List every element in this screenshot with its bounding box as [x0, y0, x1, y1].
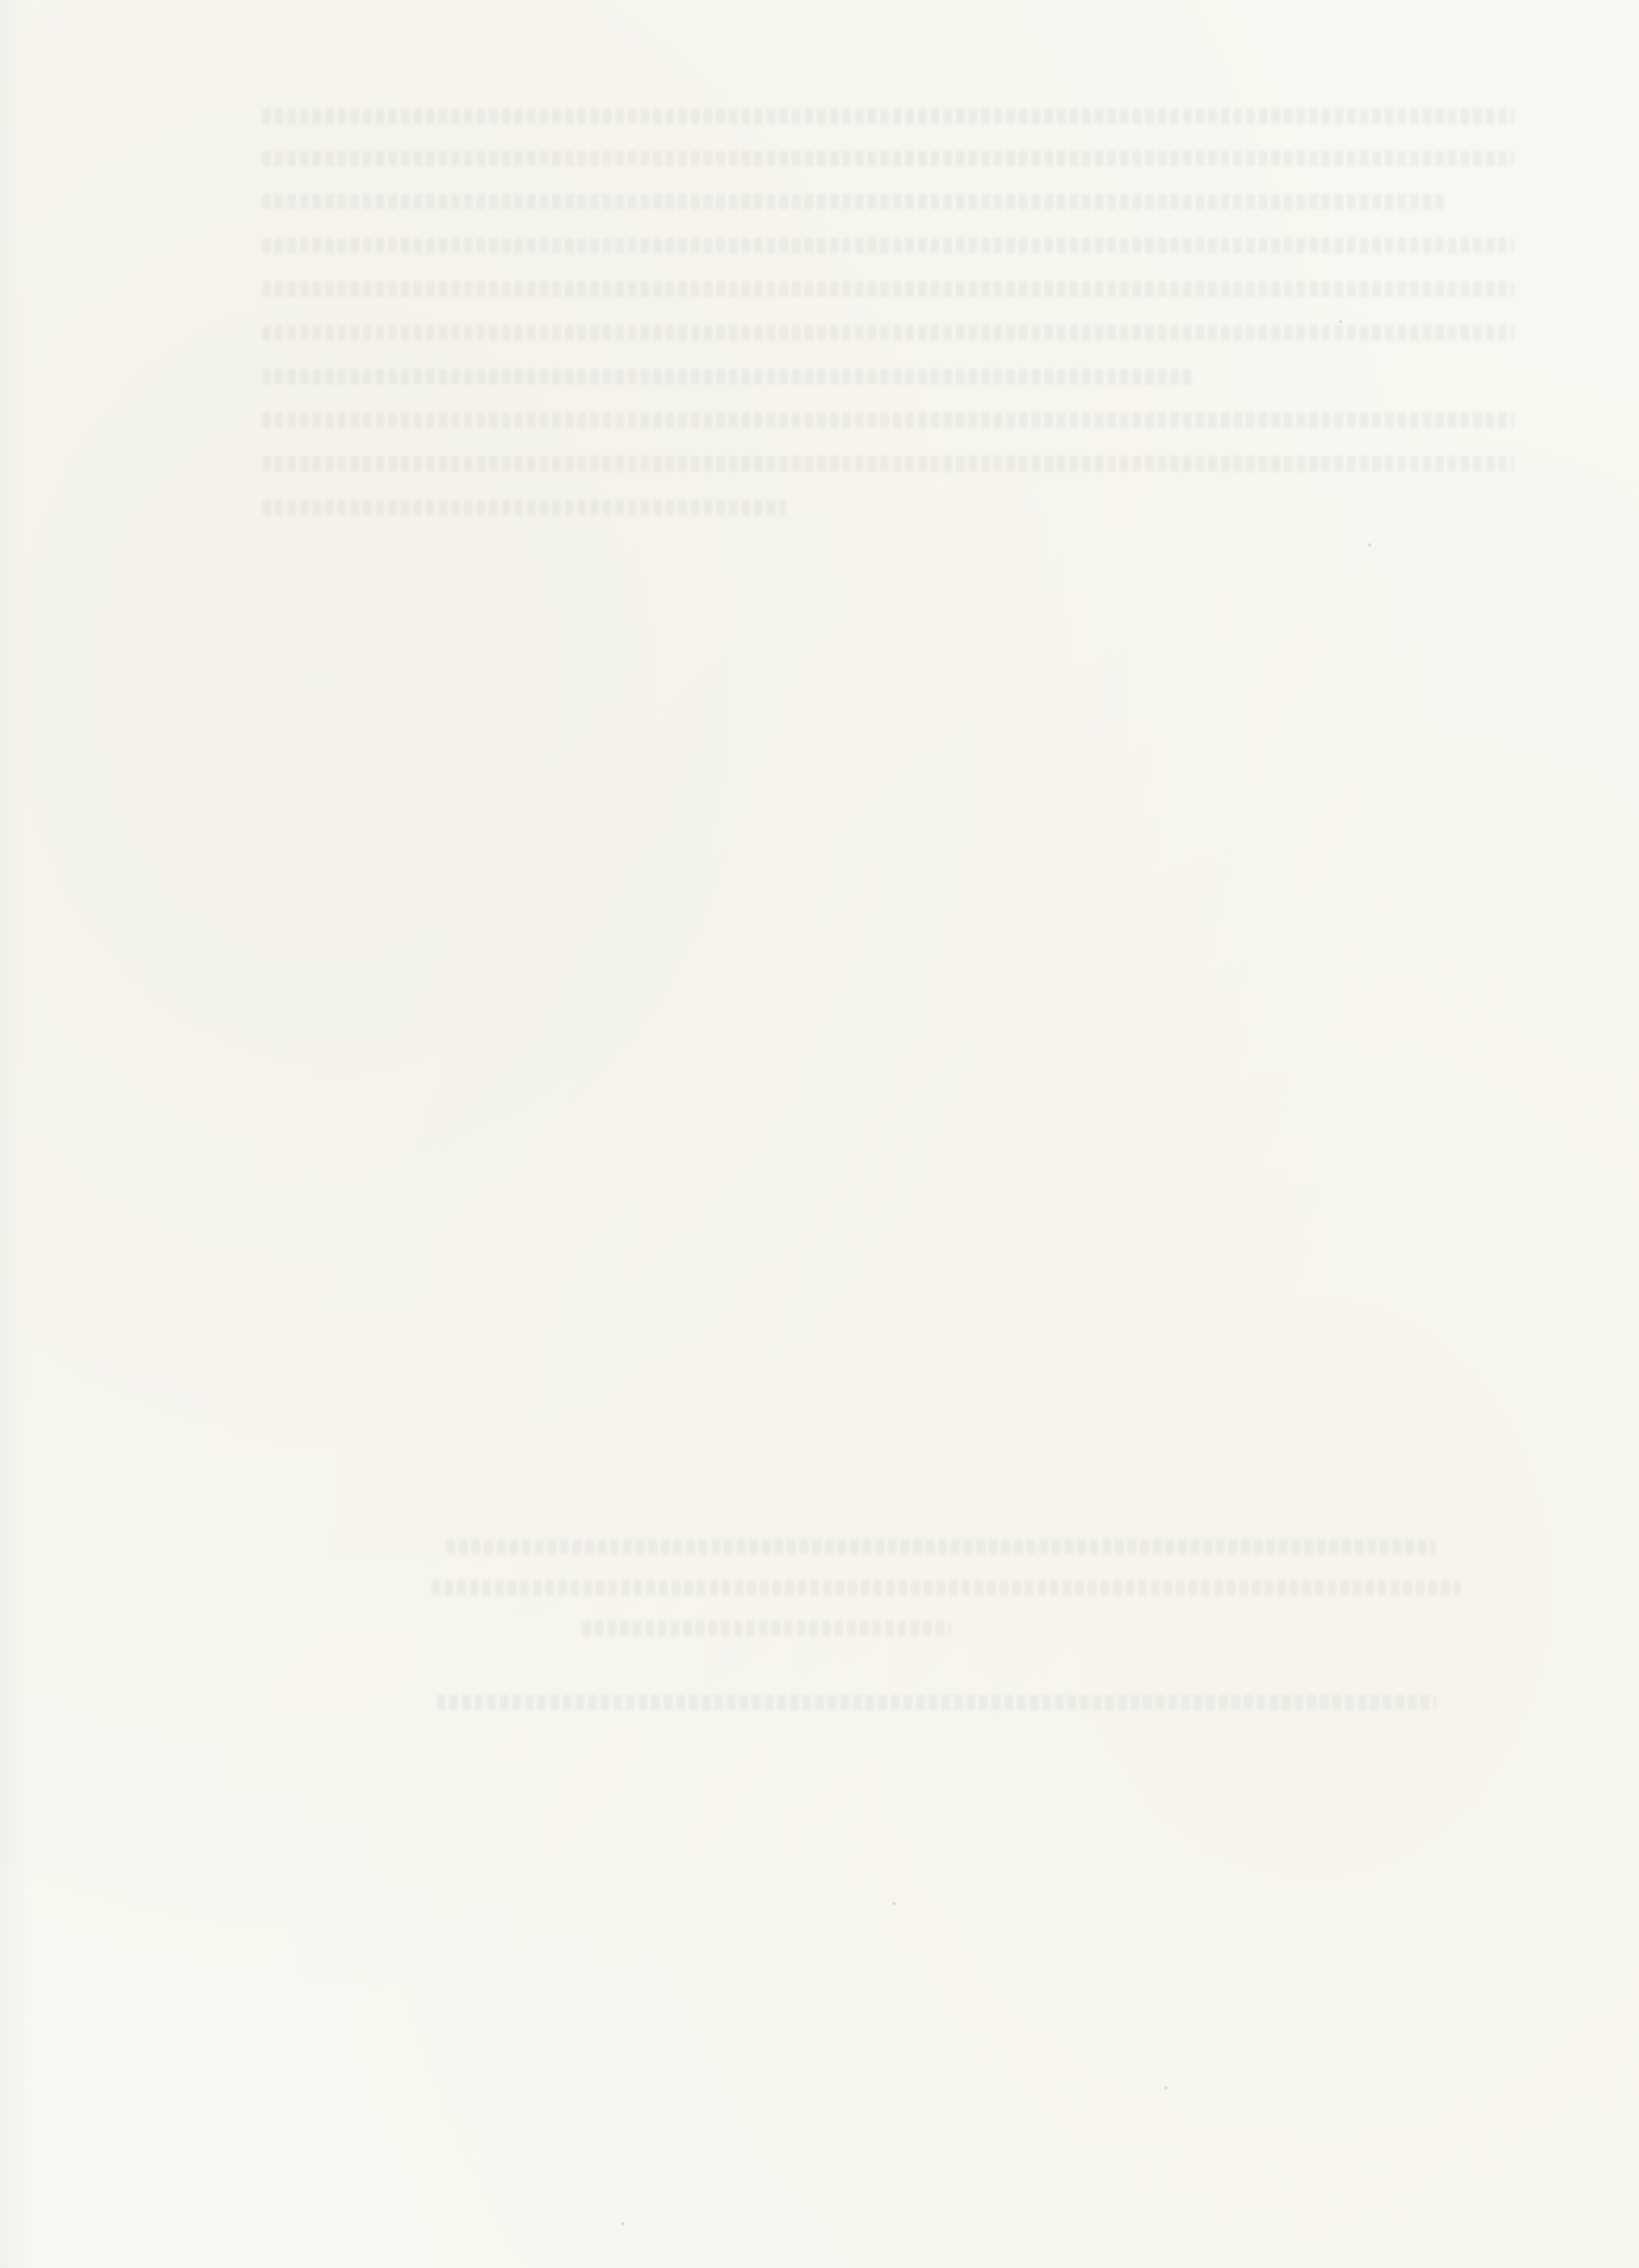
bleed-through-line	[446, 1539, 1436, 1555]
paper-speck	[893, 1902, 896, 1905]
bleed-through-line	[262, 281, 1514, 297]
bleed-through-line	[432, 1580, 1460, 1595]
bleed-through-line	[262, 456, 1514, 472]
page-left-edge-shadow	[0, 0, 27, 2268]
bleed-through-line	[437, 1694, 1436, 1710]
bleed-through-line	[262, 500, 786, 515]
bleed-through-line	[262, 369, 1194, 384]
paper-speck	[621, 2222, 624, 2225]
bleed-through-line	[262, 194, 1446, 210]
paper-speck	[1368, 543, 1371, 546]
bleed-through-line	[262, 150, 1514, 166]
bleed-through-line	[582, 1621, 951, 1636]
bleed-through-line	[262, 412, 1514, 428]
bleed-through-line	[262, 325, 1514, 341]
bleed-through-line	[262, 109, 1514, 124]
paper-speck	[1339, 320, 1342, 323]
scanned-blank-page	[0, 0, 1639, 2268]
bleed-through-line	[262, 238, 1514, 253]
paper-speck	[1164, 2087, 1167, 2089]
